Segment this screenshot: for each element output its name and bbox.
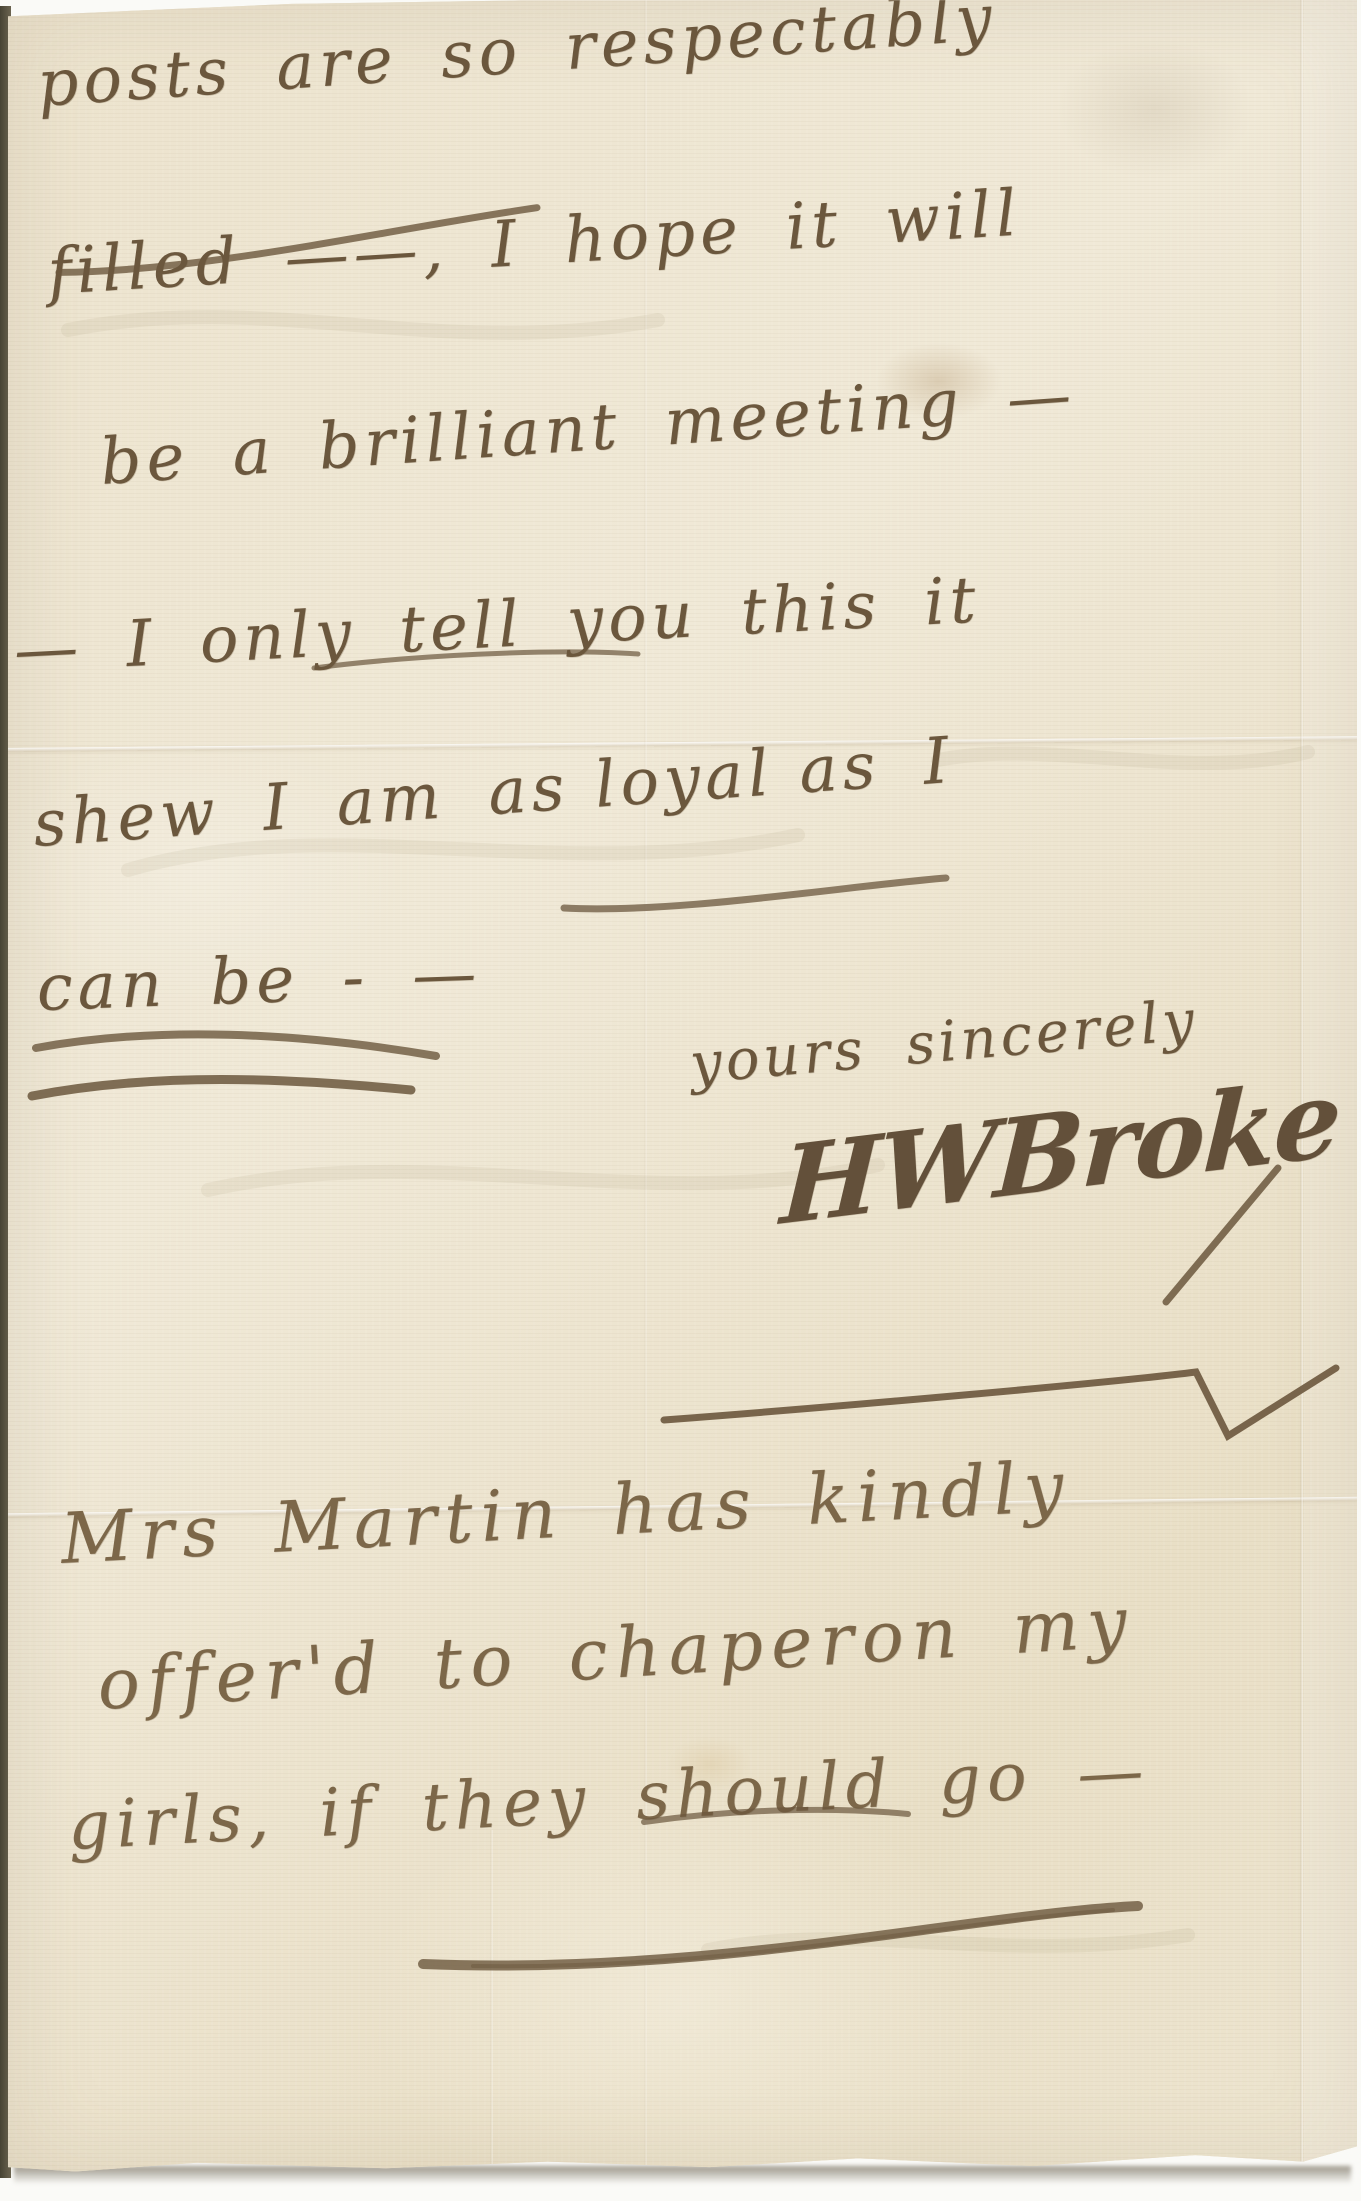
final-flourish-underline (413, 1896, 1153, 1986)
underline-loyal (556, 872, 956, 917)
signature-paraph-zigzag (648, 1358, 1348, 1458)
paper-drop-shadow (14, 2166, 1351, 2184)
flourish-under-can-be (26, 1018, 456, 1113)
letter-paper: posts are so respectably filled ——, I ho… (8, 0, 1357, 2178)
line-5-post: as I (797, 724, 956, 809)
signature-terminal-flourish (1158, 1160, 1288, 1310)
letter-line-6: can be - — (35, 937, 482, 1026)
scanned-letter-page: { "scan": { "description": "Handwritten … (0, 0, 1361, 2201)
t-bar-flourish-they (638, 1798, 918, 1838)
t-bar-flourish-tell (308, 640, 648, 680)
line-5-underlined-word: loyal (592, 736, 776, 822)
